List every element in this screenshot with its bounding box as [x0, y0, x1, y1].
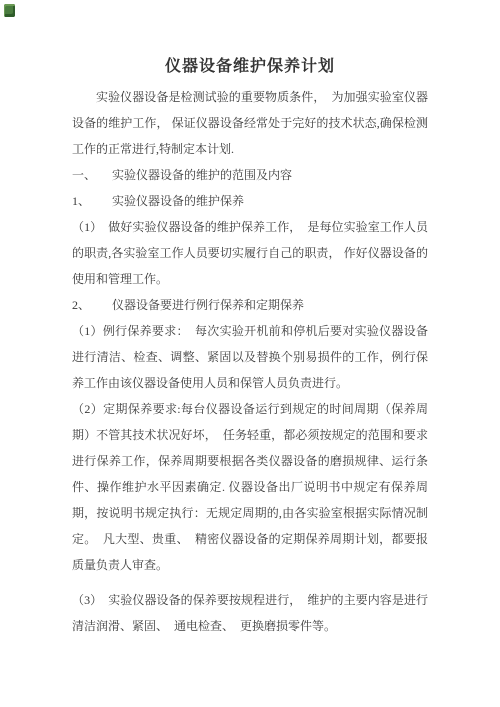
document-page: 仪器设备维护保养计划 实验仪器设备是检测试验的重要物质条件， 为加强实验室仪器设… [0, 0, 500, 707]
item-paragraph-2-2: （2）定期保养要求:每台仪器设备运行到规定的时间周期（保养周期）不管其技术状况好… [72, 396, 428, 578]
item-paragraph-2-1: （1）例行保养要求： 每次实验开机前和停机后要对实验仪器设备进行清洁、检查、调整… [72, 318, 428, 396]
section-heading-1: 一、 实验仪器设备的维护的范围及内容 [72, 162, 428, 188]
subsection-heading-1-text: 实验仪器设备的维护保养 [112, 188, 428, 214]
subsection-heading-2-marker: 2、 [72, 292, 112, 318]
intro-paragraph: 实验仪器设备是检测试验的重要物质条件， 为加强实验室仪器设备的维护工作， 保证仪… [72, 84, 428, 162]
item-paragraph-2-3: （3） 实验仪器设备的保养要按规程进行， 维护的主要内容是进行清洁润滑、紧固、 … [72, 587, 428, 639]
document-title: 仪器设备维护保养计划 [72, 52, 428, 82]
subsection-heading-2-text: 仪器设备要进行例行保养和定期保养 [112, 292, 428, 318]
subsection-heading-1: 1、 实验仪器设备的维护保养 [72, 188, 428, 214]
subsection-heading-2: 2、 仪器设备要进行例行保养和定期保养 [72, 292, 428, 318]
corner-thumbnail-icon [4, 4, 15, 17]
section-heading-1-marker: 一、 [72, 162, 112, 188]
document-body: 实验仪器设备是检测试验的重要物质条件， 为加强实验室仪器设备的维护工作， 保证仪… [72, 84, 428, 639]
item-paragraph-1-1: （1） 做好实验仪器设备的维护保养工作， 是每位实验室工作人员的职责,各实验室工… [72, 214, 428, 292]
subsection-heading-1-marker: 1、 [72, 188, 112, 214]
section-heading-1-text: 实验仪器设备的维护的范围及内容 [112, 162, 428, 188]
